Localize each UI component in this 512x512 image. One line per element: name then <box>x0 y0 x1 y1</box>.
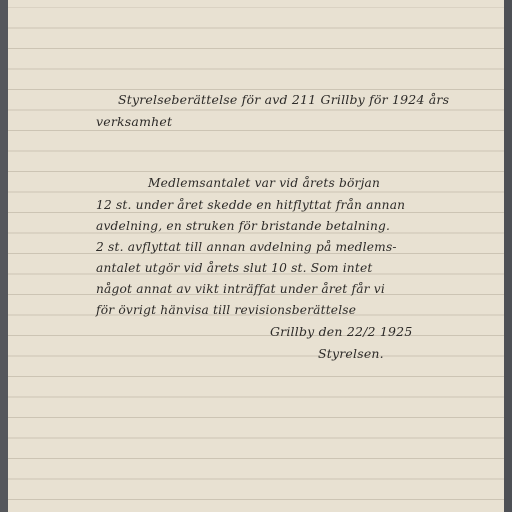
body-line-6: något annat av vikt inträffat under året… <box>96 282 385 296</box>
body-line-2: 12 st. under året skedde en hitflyttat f… <box>96 198 405 212</box>
heading-line-2: verksamhet <box>96 114 172 129</box>
body-line-7: för övrigt hänvisa till revisionsberätte… <box>96 303 356 317</box>
body-line-1: Medlemsantalet var vid årets början <box>148 176 380 190</box>
body-line-3: avdelning, en struken för bristande beta… <box>96 219 390 233</box>
lined-paper-sheet: Styrelseberättelse för avd 211 Grillby f… <box>8 0 504 512</box>
heading-line-1: Styrelseberättelse för avd 211 Grillby f… <box>118 92 449 107</box>
body-line-5: antalet utgör vid årets slut 10 st. Som … <box>96 261 372 275</box>
scanned-document: Styrelseberättelse för avd 211 Grillby f… <box>0 0 512 512</box>
body-line-4: 2 st. avflyttat till annan avdelning på … <box>96 240 397 254</box>
scan-border-right <box>504 0 512 512</box>
signature: Styrelsen. <box>318 346 384 361</box>
place-date: Grillby den 22/2 1925 <box>270 324 412 339</box>
